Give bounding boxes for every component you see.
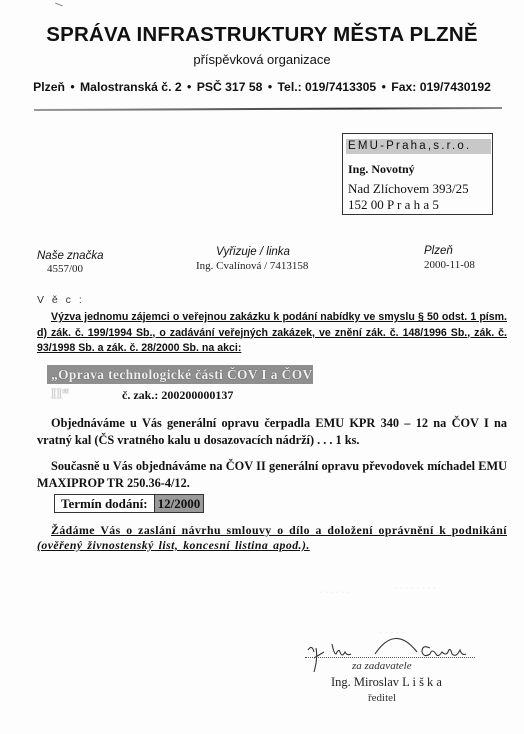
subject-label: V ě c : xyxy=(37,294,84,306)
request-main-text: Žádáme Vás o zaslání návrhu smlouvy o dí… xyxy=(51,523,507,537)
signer-title: ředitel xyxy=(368,692,396,704)
signer-role: za zadavatele xyxy=(352,660,412,672)
delivery-deadline-box: Termín dodání: 12/2000 xyxy=(54,494,204,513)
subject-text: Výzva jednomu zájemci o veřejnou zakázku… xyxy=(37,310,507,357)
separator-dot: • xyxy=(187,80,191,94)
request-italic-text: (ověřený živnostenský list, koncesní lis… xyxy=(37,538,310,552)
order-paragraph-1: Objednáváme u Vás generální opravu čerpa… xyxy=(37,415,507,449)
scan-mark xyxy=(55,3,63,7)
organization-contact-line: Plzeň • Malostranská č. 2 • PSČ 317 58 •… xyxy=(0,80,524,94)
our-reference-value: 4557/00 xyxy=(47,263,83,275)
recipient-address-box: EMU-Praha,s.r.o. Ing. Novotný Nad Zlícho… xyxy=(342,133,493,215)
recipient-street: Nad Zlíchovem 393/25 xyxy=(348,181,469,197)
our-reference-label: Naše značka xyxy=(37,250,103,262)
recipient-person: Ing. Novotný xyxy=(348,162,415,177)
handler-value: Ing. Cvalínová / 7413158 xyxy=(196,260,308,272)
recipient-city: 152 00 P r a h a 5 xyxy=(348,197,439,213)
request-paragraph: Žádáme Vás o zaslání návrhu smlouvy o dí… xyxy=(37,523,507,553)
contact-street: Malostranská č. 2 xyxy=(80,80,182,94)
faded-stamp-mark: · · · · · · · · xyxy=(395,586,436,592)
deadline-label: Termín dodání: xyxy=(55,495,155,512)
handler-label: Vyřizuje / linka xyxy=(216,246,290,258)
separator-dot: • xyxy=(268,80,272,94)
deadline-value: 12/2000 xyxy=(155,495,204,512)
order-paragraph-2: Současně u Vás objednáváme na ČOV II gen… xyxy=(37,458,507,492)
signer-name: Ing. Miroslav L i š k a xyxy=(331,675,442,690)
contact-city: Plzeň xyxy=(33,80,65,94)
faded-stamp-mark: · · · · · · xyxy=(320,590,351,596)
signature-line xyxy=(305,657,475,658)
contact-phone: Tel.: 019/7413305 xyxy=(278,80,377,94)
contact-postal: PSČ 317 58 xyxy=(197,80,263,94)
organization-type: příspěvková organizace xyxy=(0,52,524,67)
organization-name: SPRÁVA INFRASTRUKTURY MĚSTA PLZNĚ xyxy=(0,23,524,47)
separator-dot: • xyxy=(382,80,386,94)
header-divider xyxy=(34,107,502,111)
contact-fax: Fax: 019/7430192 xyxy=(391,80,491,94)
recipient-company: EMU-Praha,s.r.o. xyxy=(346,139,491,154)
place-label: Plzeň xyxy=(424,245,453,257)
order-number: č. zak.: 200200000137 xyxy=(122,388,233,403)
separator-dot: • xyxy=(70,80,74,94)
date-value: 2000-11-08 xyxy=(424,259,475,271)
project-title: „Oprava technologické části ČOV I a ČOV … xyxy=(47,365,313,384)
